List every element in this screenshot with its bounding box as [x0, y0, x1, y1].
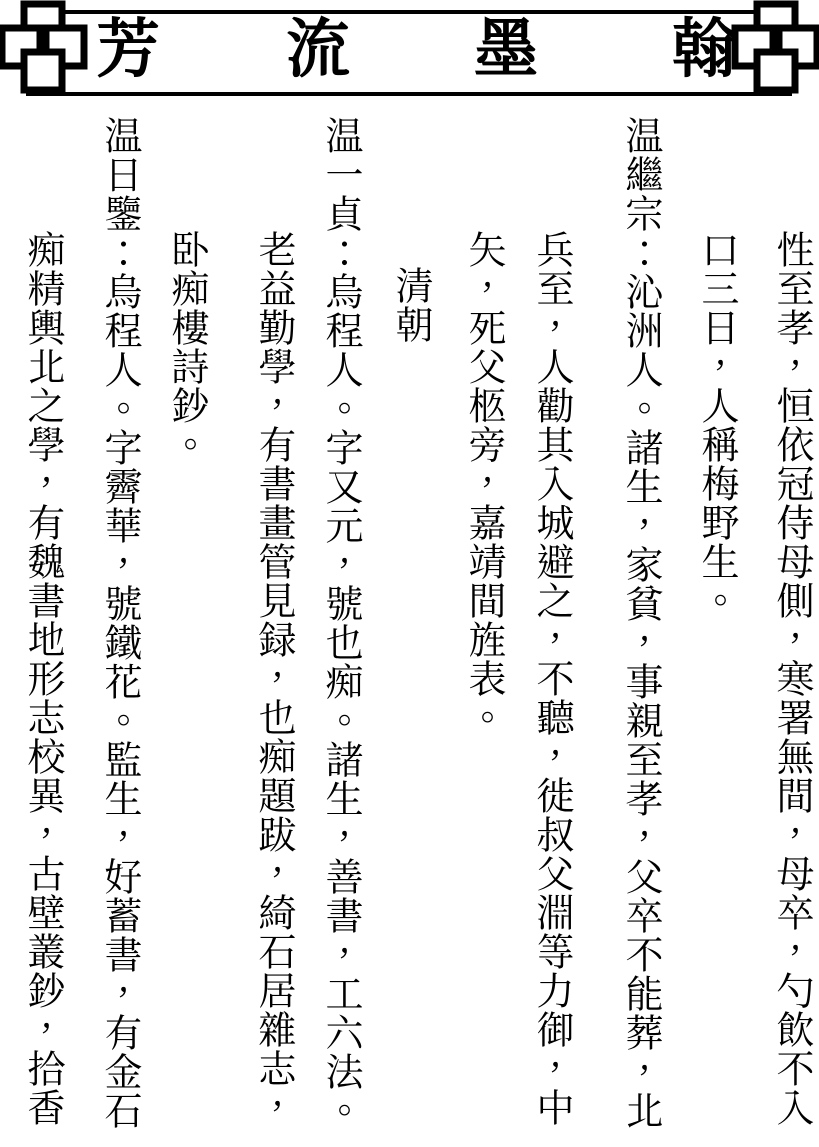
title-char-mo: 墨 — [474, 14, 538, 86]
book-page: { "page": { "background": "#ffffff", "in… — [0, 0, 819, 1147]
text-column-1-continuation: 性至孝，恒依冠侍母側，寒署無間，母卒，勺飲不入 — [770, 230, 812, 1127]
text-column-6-era-heading-qing: 清朝 — [389, 266, 431, 344]
text-column-4-continuation: 兵至，人勸其入城避之，不聽，徙叔父淵等力御，中 — [530, 230, 572, 1127]
corner-knot-icon-right — [723, 0, 819, 102]
text-column-10-entry-wen-rijian: 温日鑒：烏程人。字霽華，號鐵花。監生，好蓄書，有金石 — [98, 116, 140, 1130]
text-column-5-continuation: 矢，死父柩旁，嘉靖間旌表。 — [462, 230, 504, 737]
text-column-11-continuation: 痴精輿北之學，有魏書地形志校異，古壁叢鈔，拾香 — [21, 230, 63, 1127]
text-column-7-entry-wen-yizhen: 温一貞：烏程人。字又元，號也痴。諸生，善書，工六法。 — [319, 116, 361, 1130]
corner-knot-icon-left — [0, 0, 96, 102]
text-column-2-continuation: 口三日，人稱梅野生。 — [695, 230, 737, 620]
title-char-liu: 流 — [286, 14, 350, 86]
text-column-9-continuation: 卧痴樓詩鈔。 — [165, 230, 207, 464]
title-char-han: 翰 — [672, 14, 736, 86]
text-column-3-entry-wen-jizong: 温繼宗：沁洲人。諸生，家貧，事親至孝，父卒不能葬，北 — [619, 116, 661, 1130]
title-char-fang: 芳 — [96, 14, 160, 86]
text-column-8-continuation: 老益勤學，有書畫管見録，也痴題跋，綺石居雜志， — [252, 230, 294, 1127]
